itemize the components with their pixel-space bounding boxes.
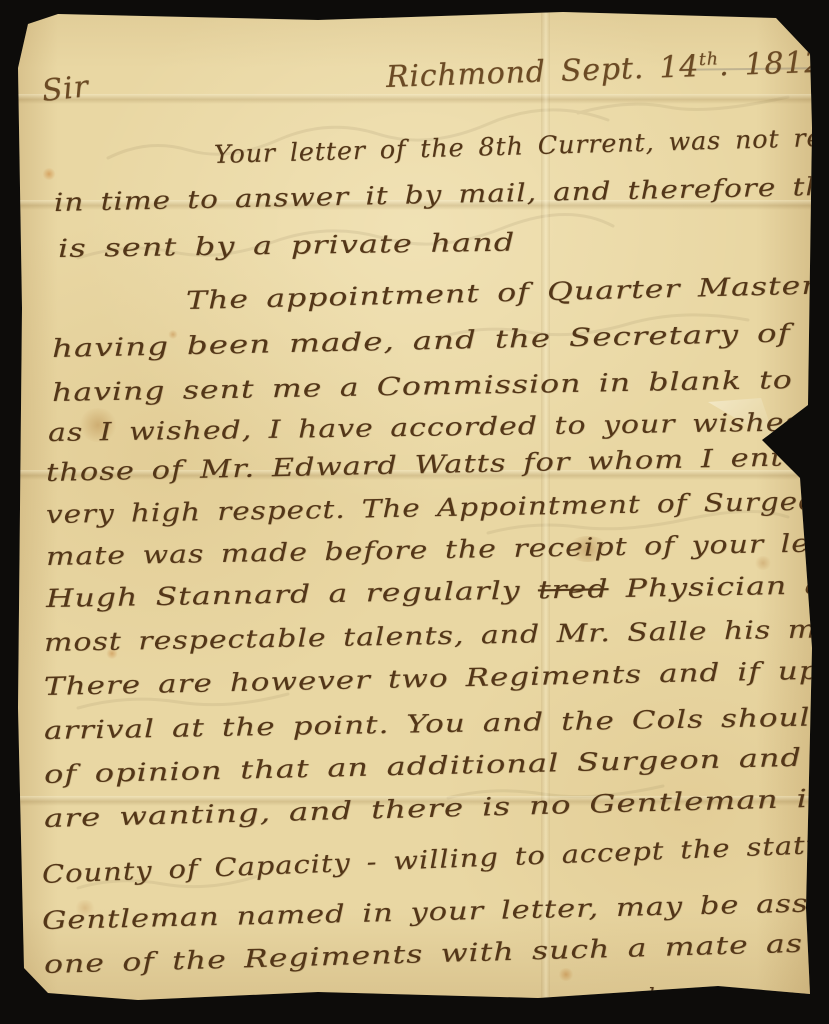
letter-line: as I wished, I have accorded to your wis… xyxy=(48,406,829,447)
line-text: Physician and of xyxy=(608,569,829,603)
letter-line-with-strikethrough: Hugh Stannard a regularly tred Physician… xyxy=(46,569,829,613)
scan-background: Richmond Sept. 14th. 1812 Sir Your lette… xyxy=(0,0,829,1024)
letter-line: There are however two Regiments and if u… xyxy=(44,653,829,701)
letter-line: The appointment of Quarter Master not xyxy=(186,269,829,315)
line-text: Hugh Stannard a regularly xyxy=(46,575,538,613)
letter-line: having sent me a Commission in blank to … xyxy=(52,363,829,407)
letter-line: arrival at the point. You and the Cols s… xyxy=(44,701,829,745)
letter-line: having been made, and the Secretary of W… xyxy=(52,317,829,363)
dateline-superscript: th xyxy=(699,49,719,70)
letter-line: is sent by a private hand xyxy=(58,228,516,263)
letter-line: those of Mr. Edward Watts for whom I ent… xyxy=(46,440,829,487)
letter-line: most respectable talents, and Mr. Salle … xyxy=(44,613,829,657)
letter-line: Gentleman named in your letter, may be a… xyxy=(42,885,829,935)
dateline: Richmond Sept. 14th. 1812 xyxy=(385,45,824,95)
letter-line: one of the Regiments with such a mate as… xyxy=(44,926,829,979)
stain xyxy=(42,168,56,180)
letter-line: of opinion that an additional Surgeon an… xyxy=(44,740,829,789)
letter-line: County of Capacity - willing to accept t… xyxy=(41,826,829,889)
letter-line: mate was made before the receipt of your… xyxy=(46,527,829,571)
letter-line: in time to answer it by mail, and theref… xyxy=(54,171,829,217)
dateline-text: Richmond Sept. 14 xyxy=(385,49,699,95)
letter-line: Your letter of the 8th Current, was not … xyxy=(214,121,829,169)
salutation: Sir xyxy=(40,69,90,109)
dateline-year: . 1812 xyxy=(718,45,824,84)
catchword: be xyxy=(648,984,676,1008)
stain xyxy=(558,968,574,981)
letter-line: are wanting, and there is no Gentleman i… xyxy=(44,781,829,833)
fold-crease-horizontal xyxy=(18,94,812,104)
letter-page: Richmond Sept. 14th. 1812 Sir Your lette… xyxy=(18,8,812,1008)
letter-line: very high respect. The Appointment of Su… xyxy=(46,485,829,529)
struck-word: tred xyxy=(538,574,609,604)
